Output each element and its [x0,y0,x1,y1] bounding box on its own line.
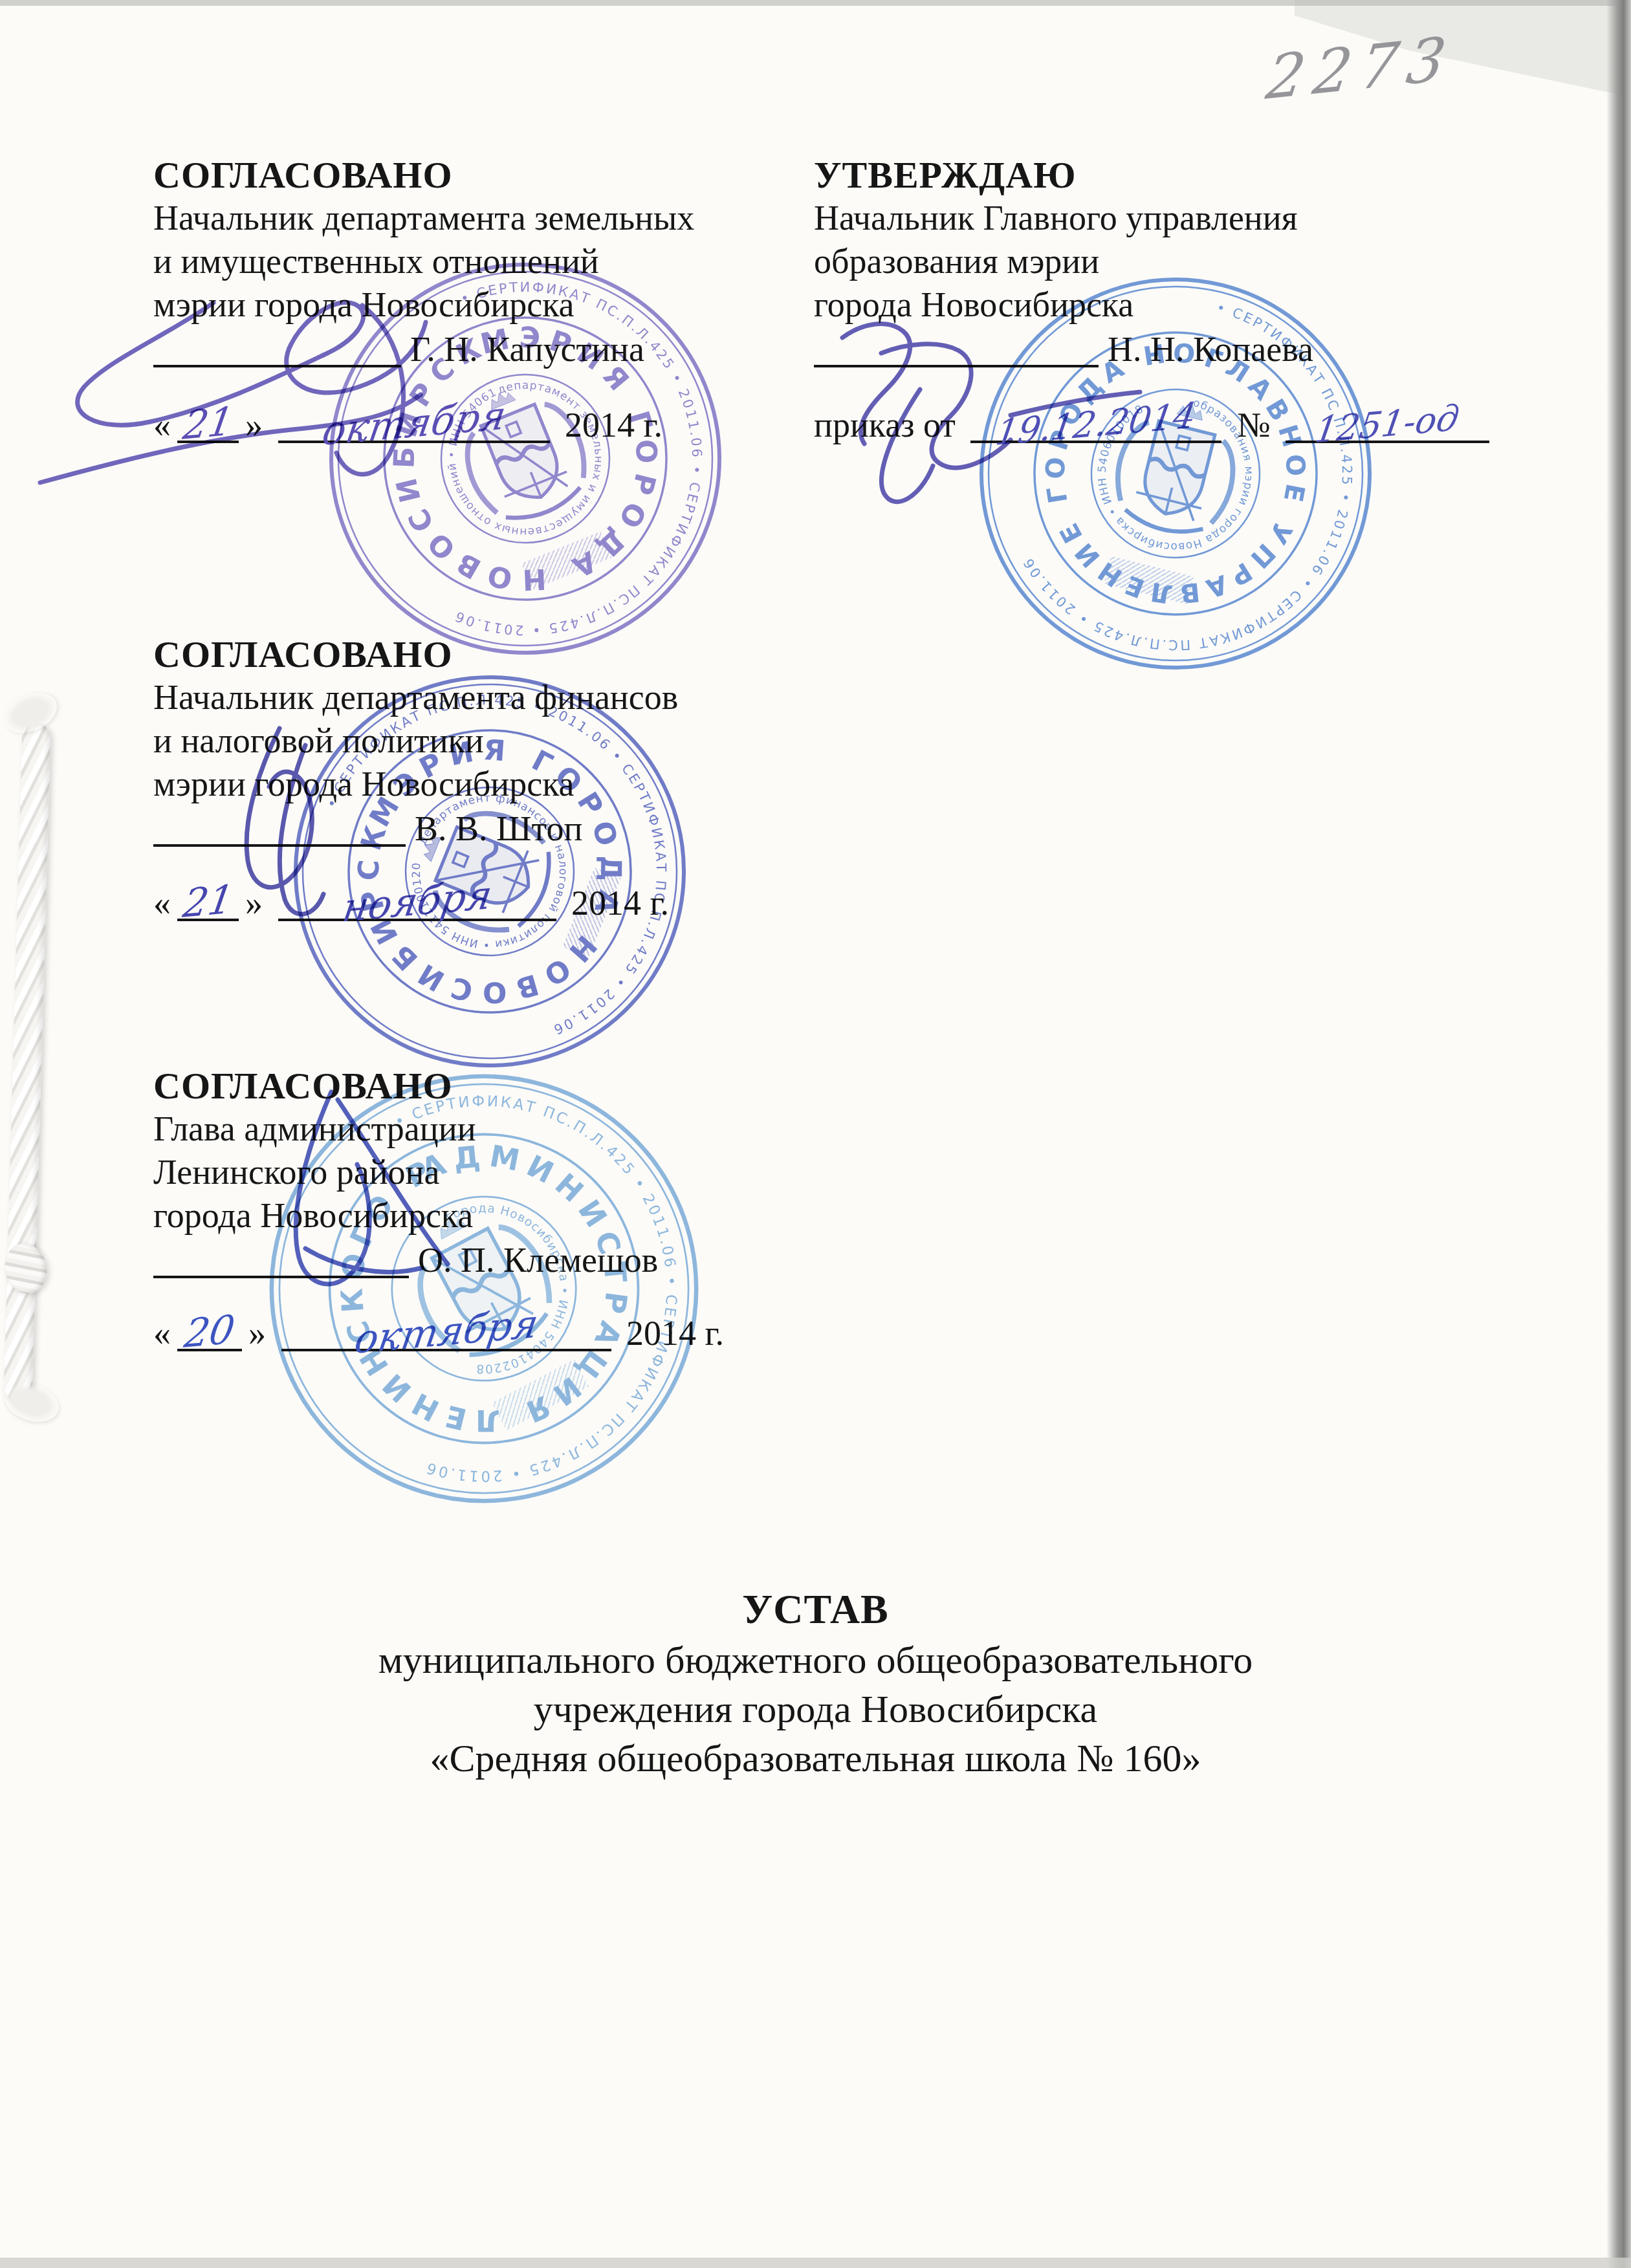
handwritten-day: 21 [180,400,236,448]
handwritten-day: 21 [180,878,236,926]
approval-line: Начальник Главного управления [814,197,1496,240]
date-day-underline: 21 [177,884,239,921]
quote-open: « [153,406,171,444]
order-label: приказ от [814,406,956,444]
document-title: УСТАВ муниципального бюджетного общеобра… [0,1584,1631,1783]
quote-close: » [245,406,263,444]
scanner-edge-bottom [0,2258,1631,2268]
title-line: «Средняя общеобразовательная школа № 160… [0,1734,1631,1783]
title-line: муниципального бюджетного общеобразовате… [0,1635,1631,1685]
quote-open: « [153,1314,171,1353]
approval-heading: УТВЕРЖДАЮ [814,153,1496,197]
binding-cord [3,723,50,1402]
handwritten-day: 20 [182,1308,238,1357]
date-day-underline: 20 [177,1314,242,1351]
pencil-registry-number: 2273 [1262,23,1459,114]
scanned-charter-page: 2273 СОГЛАСОВАНО Начальник департамента … [0,0,1631,2268]
title-line: учреждения города Новосибирска [0,1685,1631,1734]
title-heading: УСТАВ [0,1584,1631,1635]
date-day-underline: 21 [177,406,239,443]
approval-heading: СОГЛАСОВАНО [153,153,694,197]
quote-open: « [153,884,171,922]
scanner-edge-top [0,0,1631,6]
scanner-edge-right [1606,0,1631,2268]
